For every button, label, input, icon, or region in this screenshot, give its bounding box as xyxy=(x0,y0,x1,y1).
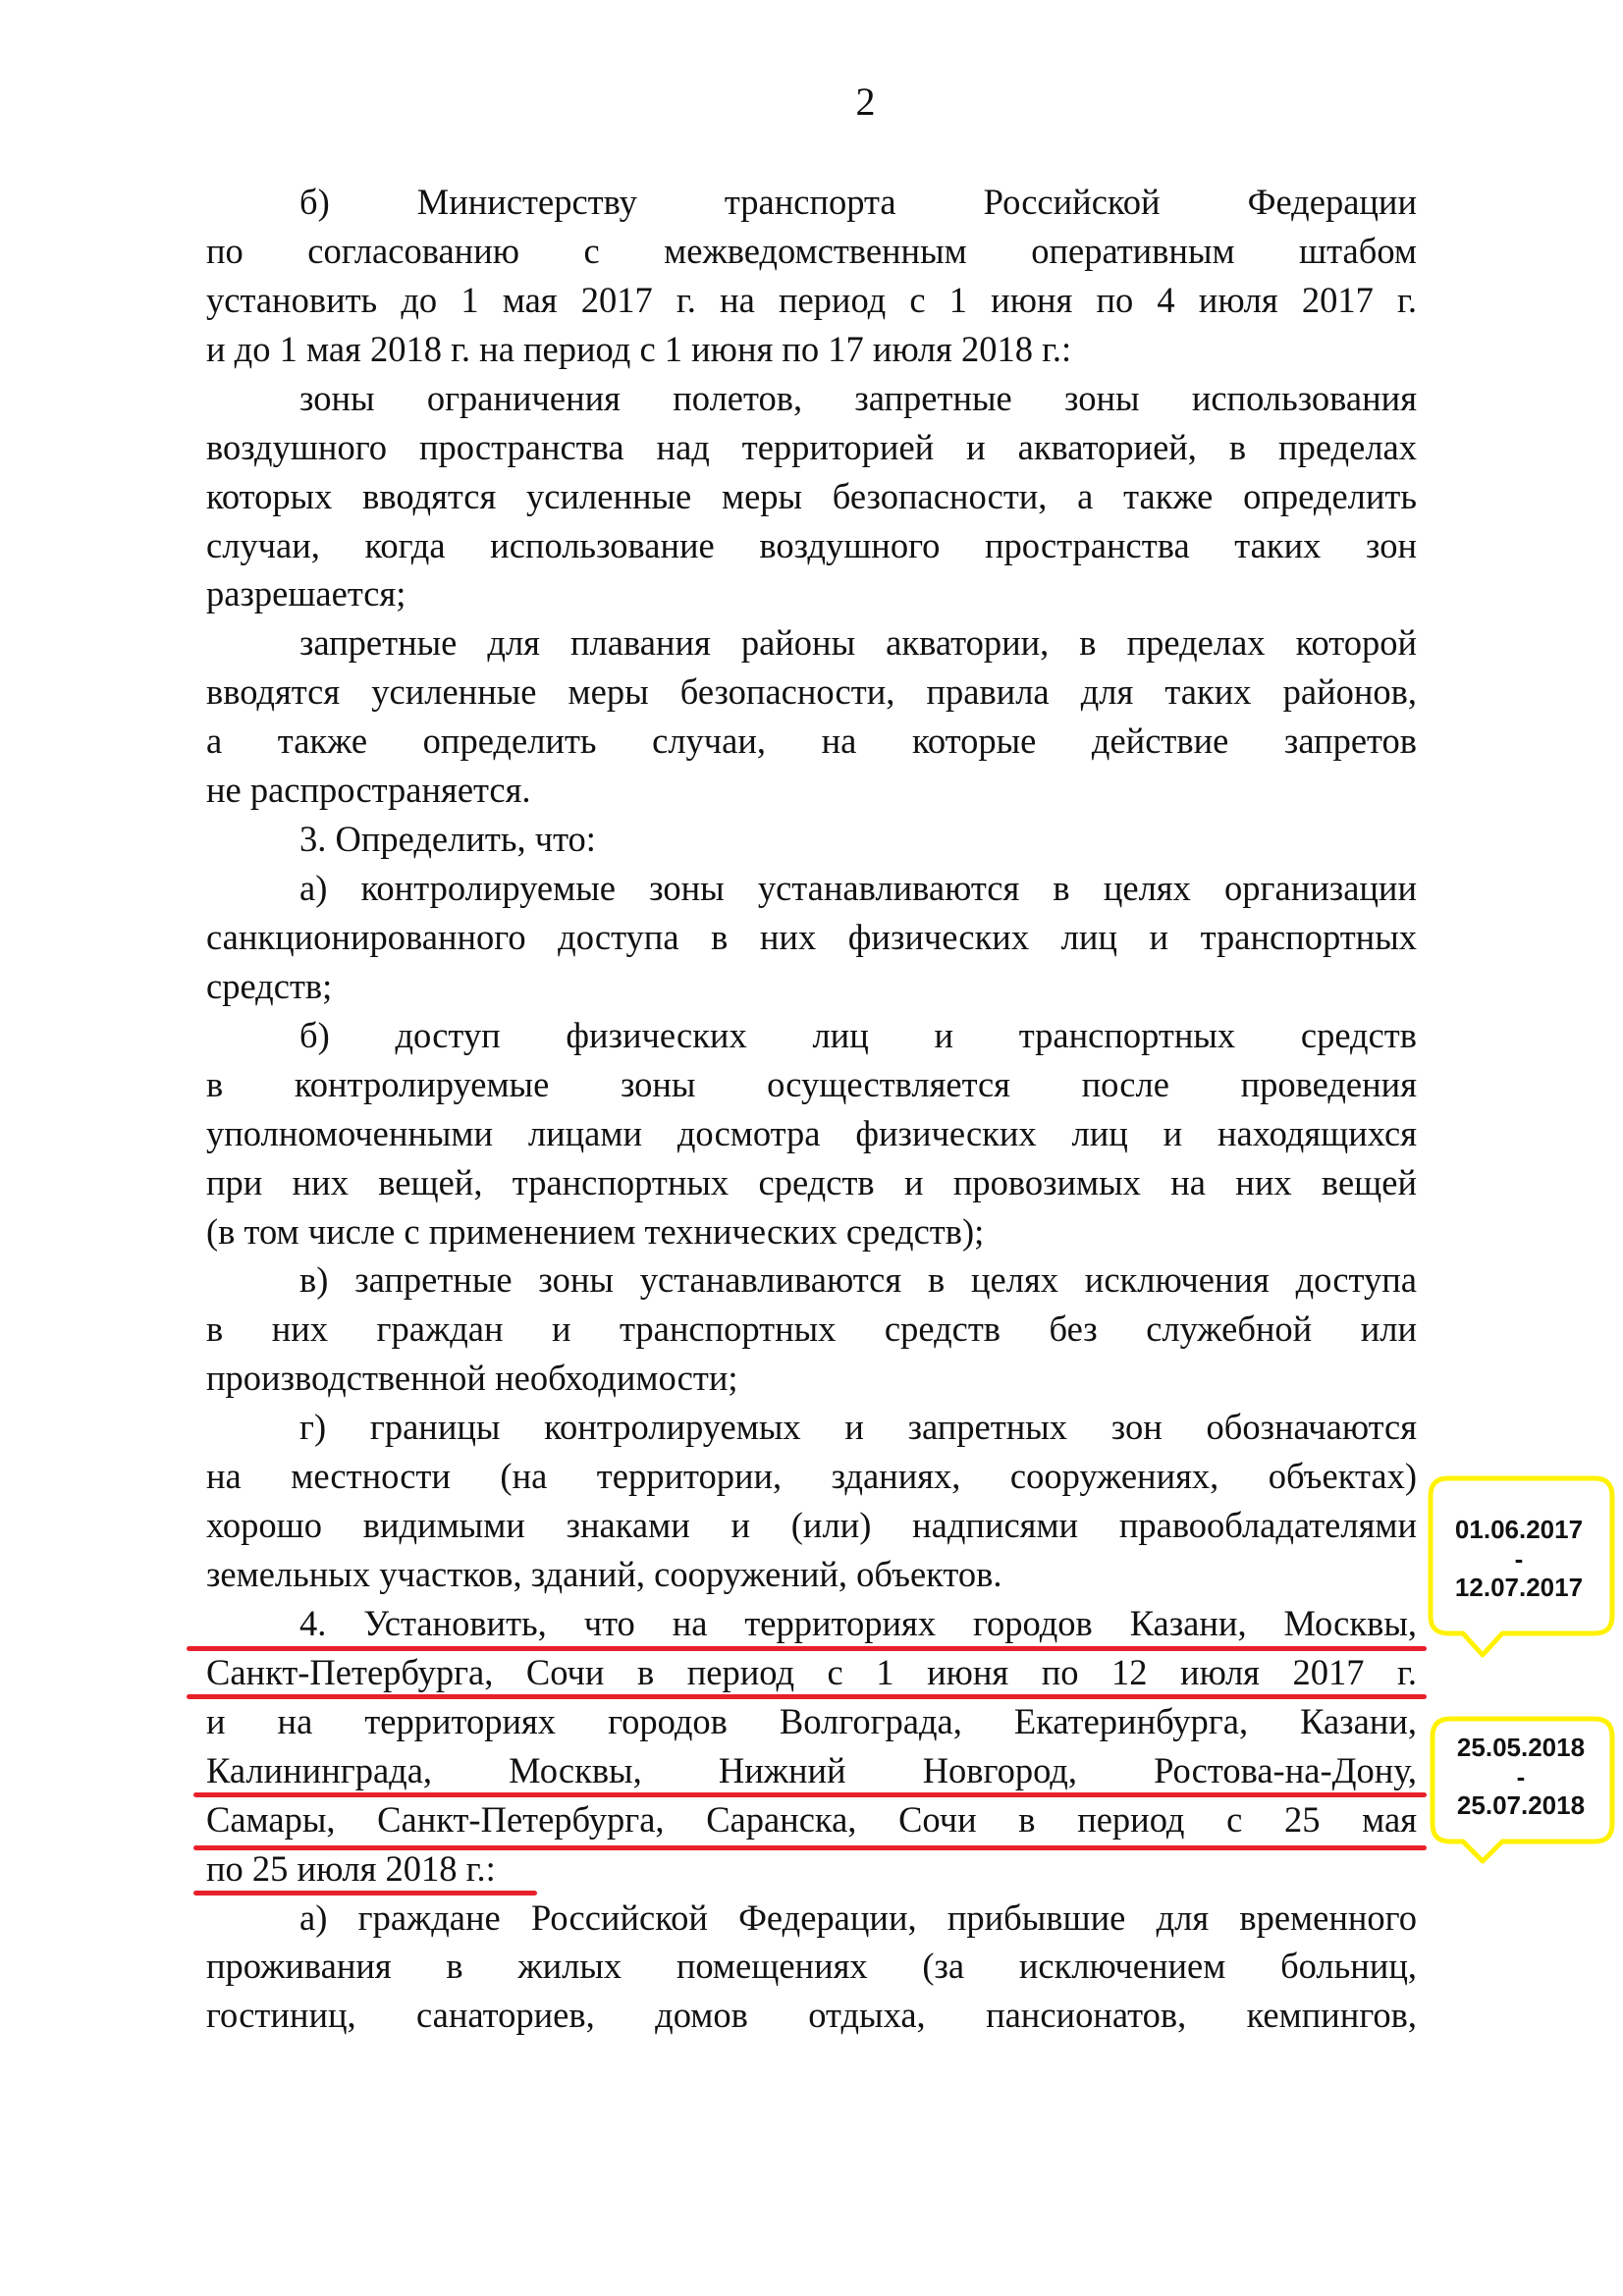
text-line: не распространяется. xyxy=(206,771,1417,810)
text-line: в контролируемые зоны осуществляется пос… xyxy=(206,1065,1417,1104)
text-line: б) доступ физических лиц и транспортных … xyxy=(299,1016,1417,1055)
red-underline xyxy=(187,1694,1427,1699)
text-line: запретные для плавания районы акватории,… xyxy=(299,623,1417,663)
red-underline xyxy=(193,1792,1427,1797)
callout-separator: - xyxy=(1426,1547,1612,1571)
text-line: Самары, Санкт-Петербурга, Саранска, Сочи… xyxy=(206,1800,1417,1840)
text-line: проживания в жилых помещениях (за исключ… xyxy=(206,1947,1417,1986)
text-line: а) контролируемые зоны устанавливаются в… xyxy=(299,869,1417,908)
text-line: а также определить случаи, на которые де… xyxy=(206,721,1417,761)
text-line: вводятся усиленные меры безопасности, пр… xyxy=(206,672,1417,712)
text-line: зоны ограничения полетов, запретные зоны… xyxy=(299,379,1417,418)
text-line: которых вводятся усиленные меры безопасн… xyxy=(206,477,1417,516)
text-line: на местности (на территории, зданиях, со… xyxy=(206,1457,1417,1496)
text-line: по согласованию с межведомственным опера… xyxy=(206,232,1417,271)
text-line: и до 1 мая 2018 г. на период с 1 июня по… xyxy=(206,330,1417,369)
text-line: 4. Установить, что на территориях городо… xyxy=(299,1604,1417,1643)
callout-end-date: 12.07.2017 xyxy=(1426,1571,1612,1605)
text-line: случаи, когда использование воздушного п… xyxy=(206,526,1417,565)
red-underline xyxy=(193,1845,1427,1850)
text-line: а) граждане Российской Федерации, прибыв… xyxy=(299,1898,1417,1938)
callout-dates-2018: 25.05.2018 - 25.07.2018 xyxy=(1428,1731,1614,1823)
text-line: 3. Определить, что: xyxy=(299,820,1417,859)
text-line: Калининграда, Москвы, Нижний Новгород, Р… xyxy=(206,1751,1417,1790)
text-line: г) границы контролируемых и запретных зо… xyxy=(299,1408,1417,1447)
text-line: хорошо видимыми знаками и (или) надписям… xyxy=(206,1506,1417,1545)
text-line: санкционированного доступа в них физичес… xyxy=(206,918,1417,957)
text-line: в них граждан и транспортных средств без… xyxy=(206,1309,1417,1349)
text-line: установить до 1 мая 2017 г. на период с … xyxy=(206,281,1417,320)
text-line: разрешается; xyxy=(206,574,1417,614)
text-line: средств; xyxy=(206,967,1417,1006)
text-line: б) Министерству транспорта Российской Фе… xyxy=(299,183,1417,222)
text-line: (в том числе с применением технических с… xyxy=(206,1212,1417,1252)
callout-separator: - xyxy=(1428,1765,1614,1789)
red-underline xyxy=(193,1891,537,1896)
text-line: уполномоченными лицами досмотра физическ… xyxy=(206,1114,1417,1153)
text-line: производственной необходимости; xyxy=(206,1359,1417,1398)
text-line: в) запретные зоны устанавливаются в целя… xyxy=(299,1260,1417,1300)
text-line: Санкт-Петербурга, Сочи в период с 1 июня… xyxy=(206,1653,1417,1692)
callout-end-date: 25.07.2018 xyxy=(1428,1789,1614,1823)
text-line: и на территориях городов Волгограда, Ека… xyxy=(206,1702,1417,1741)
text-line: воздушного пространства над территорией … xyxy=(206,428,1417,467)
text-line: при них вещей, транспортных средств и пр… xyxy=(206,1163,1417,1202)
callout-dates-2017: 01.06.2017 - 12.07.2017 xyxy=(1426,1513,1612,1605)
text-line: по 25 июля 2018 г.: xyxy=(206,1849,1417,1889)
text-line: гостиниц, санаториев, домов отдыха, панс… xyxy=(206,1996,1417,2035)
text-line: земельных участков, зданий, сооружений, … xyxy=(206,1555,1417,1594)
callout-start-date: 01.06.2017 xyxy=(1426,1513,1612,1547)
callout-start-date: 25.05.2018 xyxy=(1428,1731,1614,1765)
page-number: 2 xyxy=(0,79,1623,122)
red-underline xyxy=(187,1646,1427,1651)
